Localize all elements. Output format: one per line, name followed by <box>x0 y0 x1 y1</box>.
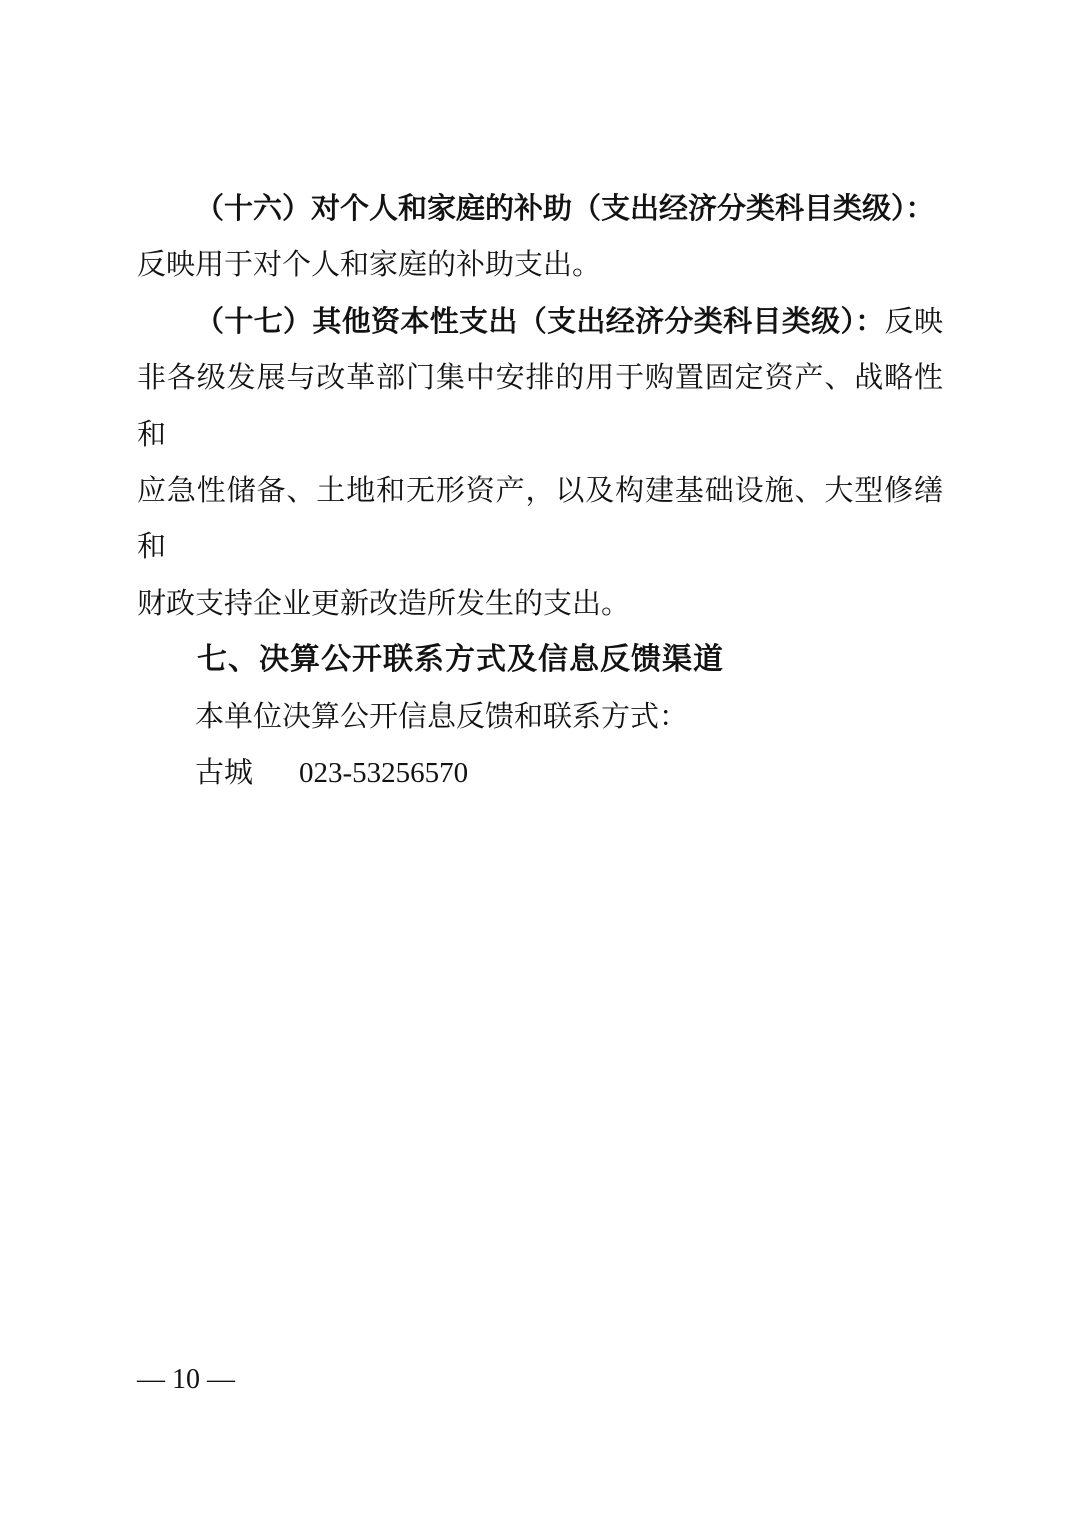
para-16-body: 反映用于对个人和家庭的补助支出。 <box>137 237 943 293</box>
para-17-line-3: 应急性储备、土地和无形资产，以及构建基础设施、大型修缮和 <box>137 463 943 576</box>
section-7-heading: 七、决算公开联系方式及信息反馈渠道 <box>137 632 943 688</box>
contact-intro: 本单位决算公开信息反馈和联系方式： <box>137 689 943 745</box>
contact-line: 古城023-53256570 <box>137 745 943 801</box>
para-17-body-start: 反映 <box>885 306 943 338</box>
para-17-first-line: （十七）其他资本性支出（支出经济分类科目类级）：反映 <box>137 294 943 350</box>
para-17-line-4: 财政支持企业更新改造所发生的支出。 <box>137 576 943 632</box>
footer-page-number: — 10 — <box>137 1364 235 1395</box>
para-16-lead: （十六）对个人和家庭的补助（支出经济分类科目类级）： <box>137 181 943 237</box>
para-17-line-2: 非各级发展与改革部门集中安排的用于购置固定资产、战略性和 <box>137 350 943 463</box>
contact-name: 古城 <box>195 757 253 789</box>
page-footer: — 10 — <box>137 1364 235 1396</box>
para-17-lead: （十七）其他资本性支出（支出经济分类科目类级）： <box>195 306 885 338</box>
document-body: （十六）对个人和家庭的补助（支出经济分类科目类级）： 反映用于对个人和家庭的补助… <box>137 181 943 801</box>
document-page: （十六）对个人和家庭的补助（支出经济分类科目类级）： 反映用于对个人和家庭的补助… <box>0 0 1074 1520</box>
contact-phone: 023-53256570 <box>299 757 468 789</box>
